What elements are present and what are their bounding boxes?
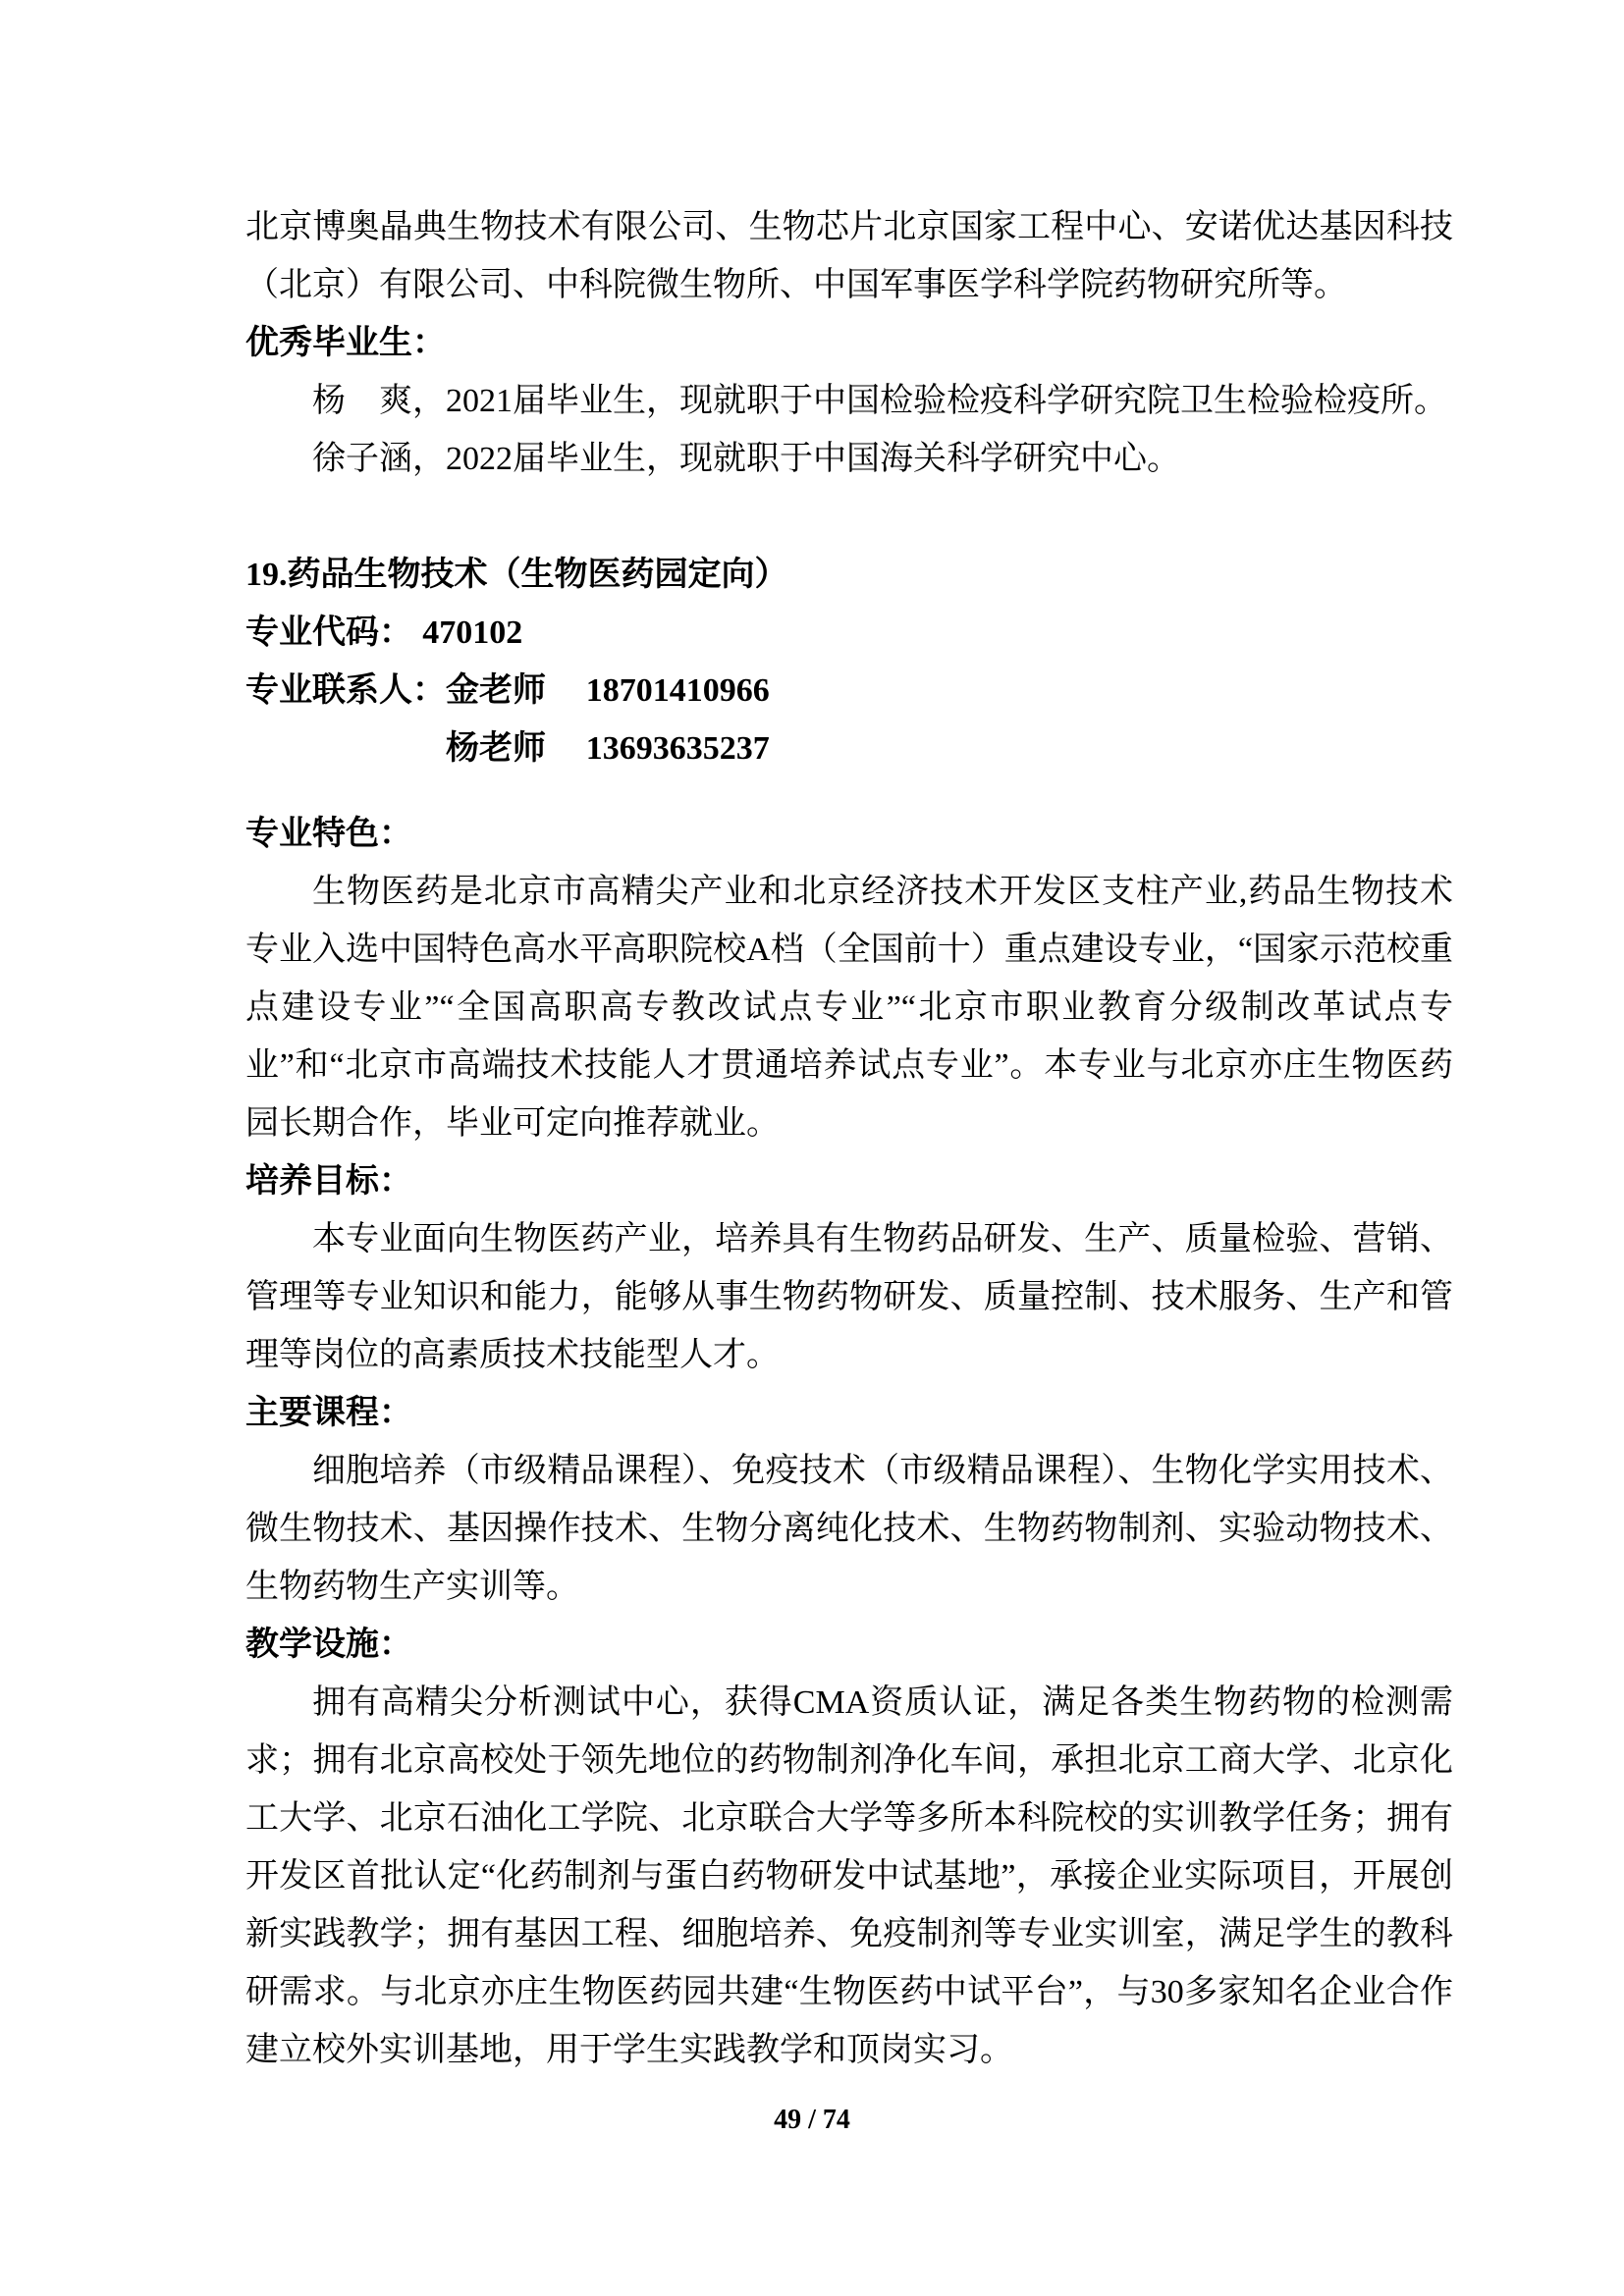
facilities-paragraph: 拥有高精尖分析测试中心，获得CMA资质认证，满足各类生物药物的检测需求；拥有北京… — [245, 1674, 1453, 2079]
contact-line-primary: 专业联系人：金老师18701410966 — [245, 662, 1453, 720]
major-code-line: 专业代码：470102 — [245, 604, 1453, 662]
courses-paragraph: 细胞培养（市级精品课程）、免疫技术（市级精品课程）、生物化学实用技术、微生物技术… — [245, 1442, 1453, 1616]
document-page: 北京博奥晶典生物技术有限公司、生物芯片北京国家工程中心、安诺优达基因科技（北京）… — [0, 0, 1624, 2296]
features-heading: 专业特色： — [245, 805, 1453, 863]
major-code-label: 专业代码： — [245, 614, 412, 651]
objectives-heading: 培养目标： — [245, 1152, 1453, 1210]
section-number: 19. — [245, 557, 288, 593]
section-title-text: 药品生物技术（生物医药园定向） — [288, 556, 788, 593]
graduate-item: 杨 爽，2021届毕业生，现就职于中国检验检疫科学研究院卫生检验检疫所。 — [245, 372, 1453, 430]
contact-person-name: 杨老师 — [446, 729, 546, 767]
contact-label: 专业联系人： — [245, 671, 446, 709]
graduate-item: 徐子涵，2022届毕业生，现就职于中国海关科学研究中心。 — [245, 430, 1453, 488]
page-number-separator: / — [801, 2105, 823, 2135]
page-content: 北京博奥晶典生物技术有限公司、生物芯片北京国家工程中心、安诺优达基因科技（北京）… — [245, 198, 1453, 2079]
page-number-total: 74 — [823, 2105, 850, 2135]
facilities-heading: 教学设施： — [245, 1616, 1453, 1674]
contact-person-phone: 18701410966 — [586, 672, 770, 709]
employers-paragraph: 北京博奥晶典生物技术有限公司、生物芯片北京国家工程中心、安诺优达基因科技（北京）… — [245, 198, 1453, 314]
contact-person-phone: 13693635237 — [586, 730, 770, 767]
contact-person-name: 金老师 — [446, 671, 546, 709]
section-title: 19.药品生物技术（生物医药园定向） — [245, 546, 1453, 604]
page-number-current: 49 — [774, 2105, 801, 2135]
contact-line-secondary: 杨老师13693635237 — [245, 720, 1453, 777]
courses-heading: 主要课程： — [245, 1384, 1453, 1442]
outstanding-graduates-heading: 优秀毕业生： — [245, 314, 1453, 372]
major-code-value: 470102 — [422, 614, 522, 651]
features-paragraph: 生物医药是北京市高精尖产业和北京经济技术开发区支柱产业,药品生物技术专业入选中国… — [245, 863, 1453, 1152]
page-footer: 49 / 74 — [0, 2095, 1624, 2146]
objectives-paragraph: 本专业面向生物医药产业，培养具有生物药品研发、生产、质量检验、营销、管理等专业知… — [245, 1210, 1453, 1384]
